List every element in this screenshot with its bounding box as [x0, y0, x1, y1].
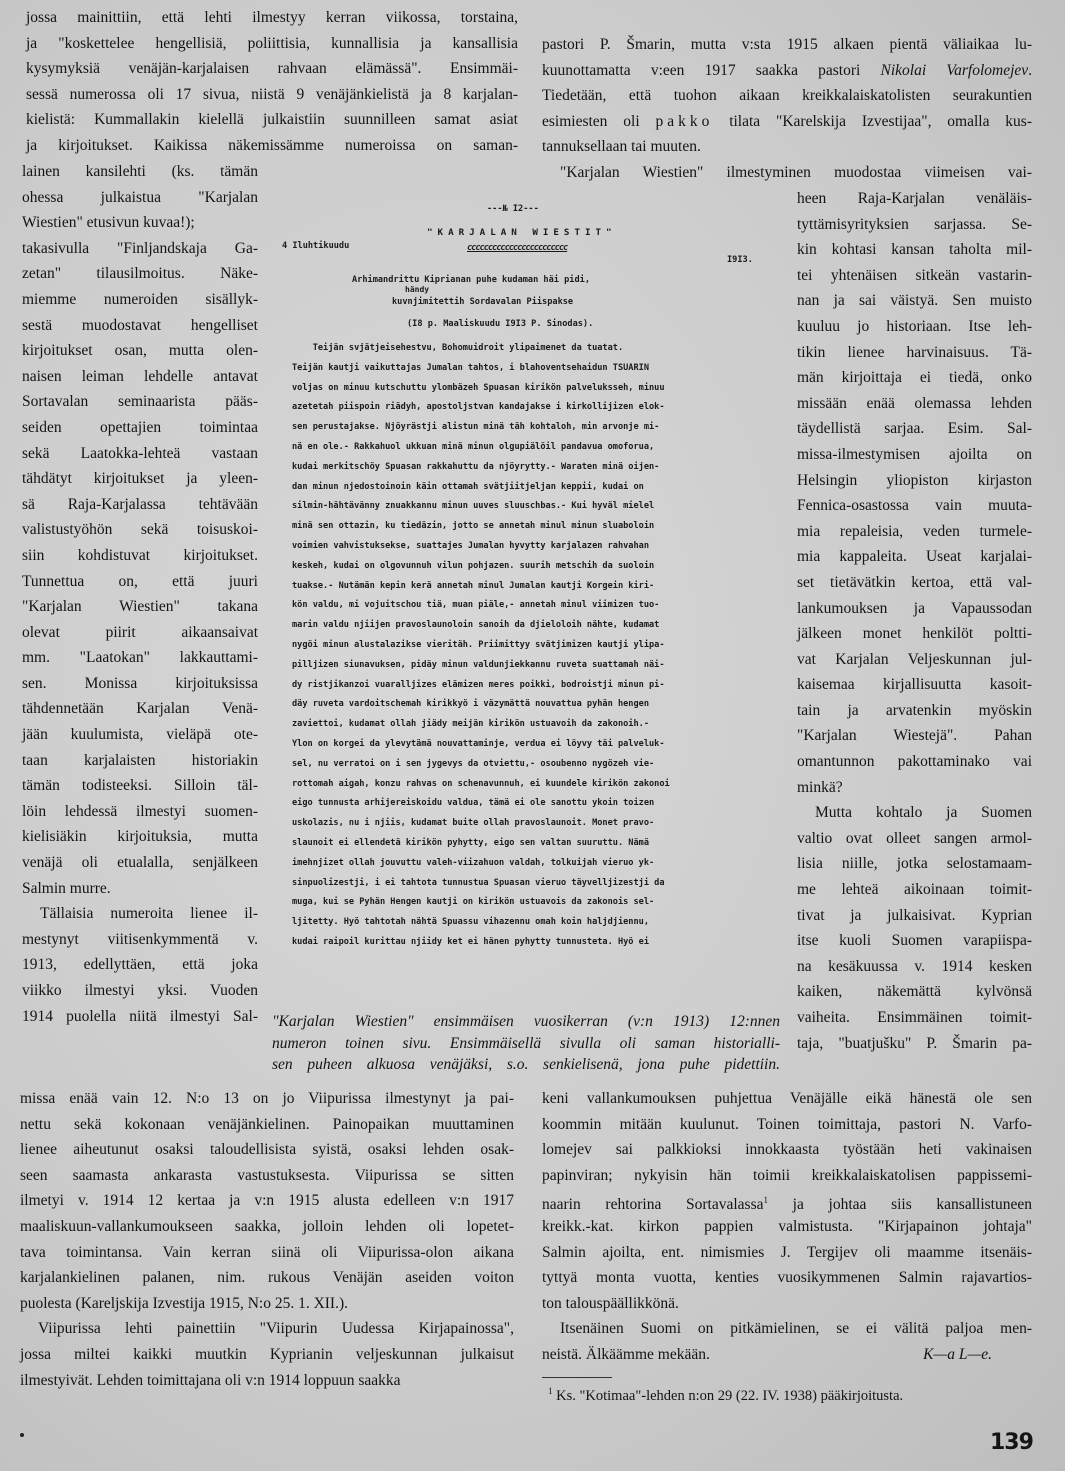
right-top-text-block: pastori P. Šmarin, mutta v:sta 1915 alka… [542, 32, 1032, 186]
text-line: mm. "Laatokan" lakkauttami- [22, 645, 258, 671]
text-line: kreikk.-kat. kirkon pappien valmistusta.… [542, 1214, 1032, 1240]
text-line: ja kirjoitukset. Kaikissa näkemissämme n… [26, 133, 518, 159]
text-line: Tunnettua on, että juuri [22, 569, 258, 595]
footnote-divider [542, 1377, 612, 1378]
text-line: maaliskuun-vallankumoukseen saakka, joll… [20, 1214, 514, 1240]
speech-line: voimien vahvistuksekse, suattajes Jumala… [292, 537, 757, 557]
text-line: viikko ilmestyi yksi. Vuoden [22, 978, 258, 1004]
text-line: lienee aiheutunut osaksi taloudellisista… [20, 1137, 514, 1163]
text-line: set tietävätkin kertoa, että val- [797, 570, 1032, 596]
text-line: seen saamasta ankarasta vastustuksesta. … [20, 1163, 514, 1189]
text-line: venäjä oli etualalla, senjälkeen [22, 850, 258, 876]
text-line: missään enää olemassa lehden [797, 391, 1032, 417]
text-line: tava toimintansa. Vain kerran siinä oli … [20, 1240, 514, 1266]
text-line: Mutta kohtalo ja Suomen [797, 800, 1032, 826]
text-line: Sortavalan seminaarista pääs- [22, 389, 258, 415]
caption-line: numeron toinen sivu. Ensimmäisellä sivul… [272, 1033, 780, 1055]
text-line: koommin mitään kuulunut. Toinen toimitta… [542, 1112, 1032, 1138]
speech-line: eigo tunnusta arhijereiskoidu valdua, tä… [292, 794, 757, 814]
text-line: neistä. Älkäämme mekään.K—a L—e. [542, 1342, 1032, 1368]
speech-line: nä en ole.- Rakkahuol ukkuan minä minun … [292, 438, 757, 458]
emphasized-word: pakko [655, 113, 713, 130]
text-line: nan ja sai väistyä. Sen muisto [797, 288, 1032, 314]
speech-heading-3: (I8 p. Maaliskuudu I9I3 P. Sinodas). [407, 319, 593, 329]
newspaper-facsimile: ---№ I2--- "KARJALAN WIESTIT" 4 Iluhtiku… [272, 196, 782, 1038]
text-line: sekä Laatokka-lehteä vastaan [22, 441, 258, 467]
text-line: Salmin ajoilta, ent. nimismies J. Tergij… [542, 1240, 1032, 1266]
text-line: Wiestien" etusivun kuvaa!); [22, 210, 258, 236]
right-bottom-text-block: keni vallankumouksen puhjettua Venäjälle… [542, 1086, 1032, 1368]
speech-line: rottomah aigah, konzu rahvas on schenavu… [292, 775, 757, 795]
text-line: kuuluu jo historiaan. Itse leh- [797, 314, 1032, 340]
speech-line: keskeh, kudai on olgovunnuh vilun pohjaz… [292, 557, 757, 577]
text-line: mia kappaleita. Useat karjalai- [797, 544, 1032, 570]
speech-heading-2: kuvnjimitettih Sordavalan Piispakse [392, 297, 573, 307]
speech-line: sen perustajakse. Njöyrästji alistun min… [292, 418, 757, 438]
text-line: kaiken, näkemättä kylvönsä [797, 979, 1032, 1005]
text-line: sen. Monissa kirjoituksissa [22, 671, 258, 697]
text-line: olevat piirit aikaansaivat [22, 620, 258, 646]
text-line: 1914 puolella niitä ilmestyi Sal- [22, 1004, 258, 1030]
facsimile-caption: "Karjalan Wiestien" ensimmäisen vuosiker… [272, 1011, 780, 1076]
speech-line: dan minun njedostoinoin käin ottamah svä… [292, 478, 757, 498]
speech-body: Teijän svjätjeisehestvu, Bohomuidroit yl… [292, 339, 757, 953]
speech-line: sel, nu verratoi on i sen jygevys da otv… [292, 755, 757, 775]
text-line: män kirjoittaja ei tiedä, onko [797, 365, 1032, 391]
text-line: tyttämisyrityksien sarjassa. Se- [797, 212, 1032, 238]
issue-year: I9I3. [727, 255, 753, 265]
text-line: valistustyöhön sekä toisuskoi- [22, 517, 258, 543]
text-line: sestä muodostavat hengelliset [22, 313, 258, 339]
footnote-text: Ks. "Kotimaa"-lehden n:on 29 (22. IV. 19… [556, 1388, 903, 1404]
speech-line: zaviettoi, kudamat ollah jiädy meijän ki… [292, 715, 757, 735]
left-narrow-text-block: lainen kansilehti (ks. tämänohessa julka… [22, 159, 258, 1029]
handwritten-insert: händy [405, 285, 429, 294]
text-line: ilmetyi v. 1914 12 kertaa ja v:n 1915 al… [20, 1188, 514, 1214]
speech-line: dy ristjikanzoi vuaralljizes elämizen me… [292, 676, 757, 696]
text-line: Tiedetään, että tuohon aikaan kreikkalai… [542, 83, 1032, 109]
left-top-text-block: jossa mainittiin, että lehti ilmestyy ke… [26, 5, 518, 159]
footnote: 1 Ks. "Kotimaa"-lehden n:on 29 (22. IV. … [548, 1381, 903, 1406]
text-line: Itsenäinen Suomi on pitkämielinen, se ei… [542, 1316, 1032, 1342]
text-line: "Karjalan Wiestien" ilmestyminen muodost… [542, 160, 1032, 186]
speech-line: uskolazis, nu i njiis, kudamat buite oll… [292, 814, 757, 834]
speech-line: imehnjizet ollah jouvuttu valeh-viizahuo… [292, 854, 757, 874]
scanned-page: jossa mainittiin, että lehti ilmestyy ke… [0, 0, 1065, 1471]
speech-line: azetetah piispoin riädyh, apostoljstvan … [292, 398, 757, 418]
text-span: kuunottamatta v:een 1917 saakka pastori [542, 62, 881, 79]
text-line: seiden opettajien toimintaa [22, 415, 258, 441]
footnote-marker: 1 [548, 1386, 553, 1396]
speech-line: kudai merkitschöy Spuasan rakkahuttu da … [292, 458, 757, 478]
speech-line: minä sen ottazin, ku tiedäzin, jotto se … [292, 517, 757, 537]
text-span: tilata "Karelskija Izvestijaa", omalla k… [713, 113, 1032, 130]
text-line: tei yhtenäisen sitkeän vastarin- [797, 263, 1032, 289]
text-line: Tällaisia numeroita lienee il- [22, 901, 258, 927]
text-line: kuunottamatta v:een 1917 saakka pastori … [542, 58, 1032, 84]
text-line: Fennica-osastossa vain muuta- [797, 493, 1032, 519]
text-line: lisia niille, jotka selostamaam- [797, 851, 1032, 877]
speech-line: kön valdu, mi vojuitschou tiä, muan piäl… [292, 596, 757, 616]
speech-line: marin valdu njiijen pravoslaunoloin sano… [292, 616, 757, 636]
text-line: kielisiäkin kirjoituksia, mutta [22, 824, 258, 850]
text-line: taja, "buatjušku" P. Šmarin pa- [797, 1031, 1032, 1057]
text-line: mestynyt viitisenkymmentä v. [22, 927, 258, 953]
text-line: kin kohtasi kansan taholta mil- [797, 237, 1032, 263]
text-line: me lehteä aikoinaan toimit- [797, 877, 1032, 903]
text-line: ja "koskettelee hengellisiä, poliittisia… [26, 31, 518, 57]
text-span: ja johtaa siis kansallistuneen [768, 1197, 1032, 1214]
text-line: löin lehdessä ilmestyi suomen- [22, 799, 258, 825]
text-line: tivat ja julkaisivat. Kyprian [797, 903, 1032, 929]
left-bottom-text-block: missa enää vain 12. N:o 13 on jo Viipuri… [20, 1086, 514, 1393]
text-line: Helsingin yliopiston kirjaston [797, 468, 1032, 494]
masthead: "KARJALAN WIESTIT" [427, 227, 617, 238]
speech-line: nygöi minun alustalazikse vieritäh. Prii… [292, 636, 757, 656]
text-line: taan karjalaisten historiakin [22, 748, 258, 774]
text-line: esimiesten oli pakko tilata "Karelskija … [542, 109, 1032, 135]
speech-line: muga, kui se Pyhän Hengen kautji on kiri… [292, 893, 757, 913]
text-line: tain ja arvatenkin myöskin [797, 698, 1032, 724]
page-number: 139 [990, 1430, 1033, 1455]
text-line: papinviran; nykyisin hän toimii kreikkal… [542, 1163, 1032, 1189]
speech-line: sinpuolizestji, i ei tahtota tunnustua S… [292, 874, 757, 894]
text-line: ohessa julkaistua "Karjalan [22, 185, 258, 211]
text-span: neistä. Älkäämme mekään. [542, 1346, 710, 1363]
text-line: missa enää vain 12. N:o 13 on jo Viipuri… [20, 1086, 514, 1112]
text-line: vat Karjalan Veljeskunnan jul- [797, 647, 1032, 673]
text-span: naarin rehtorina Sortavalassa [542, 1197, 764, 1214]
text-line: lainen kansilehti (ks. tämän [22, 159, 258, 185]
text-line: keni vallankumouksen puhjettua Venäjälle… [542, 1086, 1032, 1112]
text-line: kaisemaa kirjallisuutta kasoit- [797, 672, 1032, 698]
text-line: takasivulla "Finljandskaja Ga- [22, 236, 258, 262]
speech-line: Teijän kautji vaikuttajas Jumalan tahtos… [292, 359, 757, 379]
text-line: omantunnon pakottaminako vai [797, 749, 1032, 775]
text-line: miemme numeroiden sisällyk- [22, 287, 258, 313]
text-line: jään kuulumista, vieläpä ote- [22, 722, 258, 748]
issue-date: 4 Iluhtikuudu [282, 241, 349, 251]
text-line: jossa mainittiin, että lehti ilmestyy ke… [26, 5, 518, 31]
speech-line: ljitetty. Hyö tahtotah nähtä Spuassu vih… [292, 913, 757, 933]
text-line: minkä? [797, 775, 1032, 801]
speech-line: silmin-hähtävänny znuakkannu minun uuves… [292, 497, 757, 517]
text-line: ilmestyivät. Lehden toimittajana oli v:n… [20, 1368, 514, 1394]
text-line: täydellistä sarjaa. Esim. Sal- [797, 416, 1032, 442]
text-line: tähdennetään Karjalan Venä- [22, 696, 258, 722]
print-speck [20, 1433, 24, 1437]
speech-line: pilljizen siunavuksen, pidäy minun valdu… [292, 656, 757, 676]
editor-name: Nikolai Varfolomejev [881, 62, 1029, 79]
text-line: naarin rehtorina Sortavalassa1 ja johtaa… [542, 1188, 1032, 1214]
text-line: 1913, edellyttäen, että joka [22, 952, 258, 978]
text-line: kirjoitukset osan, mutta olen- [22, 338, 258, 364]
text-line: nettu sekä kokonaan venäjänkielinen. Pai… [20, 1112, 514, 1138]
text-line: lomejev sai palkkioksi innokkaasta työst… [542, 1137, 1032, 1163]
text-line: tämän todisteeksi. Silloin täl- [22, 773, 258, 799]
text-line: puolesta (Kareljskija Izvestija 1915, N:… [20, 1291, 514, 1317]
text-span: esimiesten oli [542, 113, 655, 130]
text-line: sä Raja-Karjalassa tehtävään [22, 492, 258, 518]
text-line: Viipurissa lehti painettiin "Viipurin Uu… [20, 1316, 514, 1342]
text-line: mia repaleisia, veden turmele- [797, 519, 1032, 545]
speech-line: voljas on minuu kutschuttu ylombäzeh Spu… [292, 379, 757, 399]
issue-number: ---№ I2--- [487, 204, 539, 214]
text-line: kysymyksiä venäjän-karjalaisen rahvaan e… [26, 56, 518, 82]
text-line: tannuksellaan tai muuten. [542, 134, 1032, 160]
text-line: siin kohdistuvat kirjoitukset. [22, 543, 258, 569]
text-line: karjalankielinen palanen, nim. rukous Ve… [20, 1265, 514, 1291]
text-line: "Karjalan Wiestien" takana [22, 594, 258, 620]
text-line: zetan" tilausilmoitus. Näke- [22, 261, 258, 287]
speech-line: slaunoit ei ellendetä kirikön pyhytty, e… [292, 834, 757, 854]
ornamental-divider: cccccccccccccccccccccccc [467, 243, 567, 253]
speech-line: Teijän svjätjeisehestvu, Bohomuidroit yl… [292, 339, 757, 359]
text-line: tikin lienee harvinaisuus. Tä- [797, 340, 1032, 366]
text-line: missa-ilmestymisen ajoilta on [797, 442, 1032, 468]
speech-line: tuakse.- Nutämän kepin kerä annetah minu… [292, 577, 757, 597]
text-line: sessä numerossa oli 17 sivua, niistä 9 v… [26, 82, 518, 108]
text-line: Salmin murre. [22, 876, 258, 902]
text-line: ton talouspäällikkönä. [542, 1291, 1032, 1317]
text-line: vaiheita. Ensimmäinen toimit- [797, 1005, 1032, 1031]
speech-line: Ylon on korgei da ylevytämä nouvattaminj… [292, 735, 757, 755]
text-line: tyttyä monta vuotta, kenties vuosikymmen… [542, 1265, 1032, 1291]
text-line: kielistä: Kummallakin kielellä julkaisti… [26, 107, 518, 133]
text-line: lankumouksen ja Vapaussodan [797, 596, 1032, 622]
speech-line: kudai raipoil kurittau njiidy ket ei hän… [292, 933, 757, 953]
text-line: tähdätyt kirjoitukset ja yleen- [22, 466, 258, 492]
caption-line: sen puheen alkuosa venäjäksi, s.o. senki… [272, 1054, 780, 1076]
text-line: jälkeen monet henkilöt poltti- [797, 621, 1032, 647]
text-line: jossa miltei kaikki muutkin Kyprianin ve… [20, 1342, 514, 1368]
text-line: heen Raja-Karjalan venäläis- [797, 186, 1032, 212]
speech-heading-1: Arhimandrittu Kiprianan puhe kudaman häi… [352, 275, 590, 285]
author-signature: K—a L—e. [923, 1342, 992, 1368]
text-line: naisen leiman lehdelle antavat [22, 364, 258, 390]
text-line: itse kuoli Suomen varapiispa- [797, 928, 1032, 954]
text-line: valtio ovat olleet sangen armol- [797, 826, 1032, 852]
right-narrow-text-block: heen Raja-Karjalan venäläis-tyttämisyrit… [797, 186, 1032, 1056]
text-line: "Karjalan Wiestejä". Pahan [797, 723, 1032, 749]
text-line: pastori P. Šmarin, mutta v:sta 1915 alka… [542, 32, 1032, 58]
caption-line: "Karjalan Wiestien" ensimmäisen vuosiker… [272, 1011, 780, 1033]
speech-line: däy ruveta vardoitschemah kirikkyö i väz… [292, 695, 757, 715]
text-line: na kesäkuussa v. 1914 kesken [797, 954, 1032, 980]
